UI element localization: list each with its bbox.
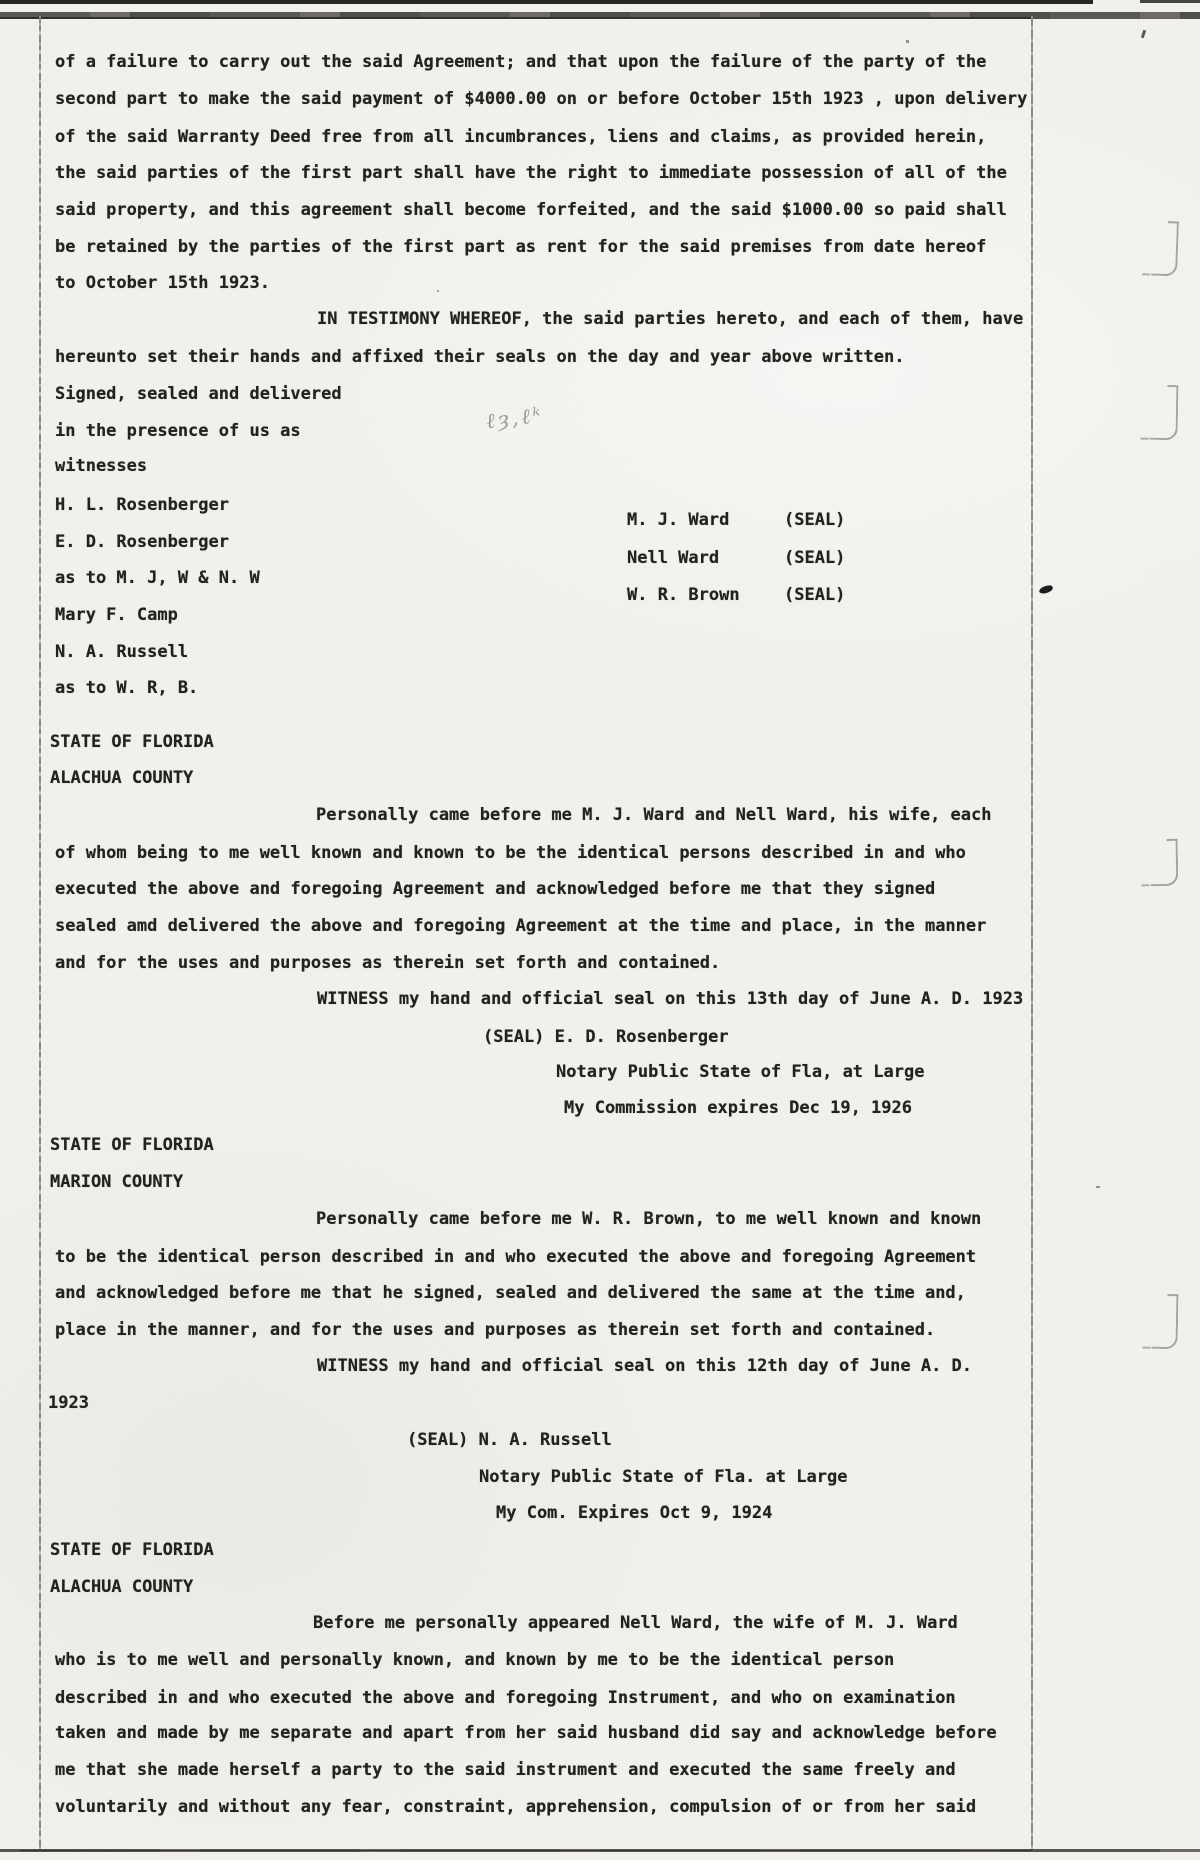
scan-speck — [906, 40, 909, 43]
doc-line: voluntarily and without any fear, constr… — [55, 1795, 976, 1819]
doc-line: STATE OF FLORIDA — [50, 1133, 214, 1157]
doc-line: said property, and this agreement shall … — [55, 198, 1007, 222]
doc-line: Notary Public State of Fla, at Large — [556, 1060, 924, 1084]
doc-line: My Commission expires Dec 19, 1926 — [564, 1096, 912, 1120]
doc-line: me that she made herself a party to the … — [55, 1758, 956, 1782]
doc-line: the said parties of the first part shall… — [55, 161, 1007, 185]
scanned-deed-record-page: { "page": { "kind": "typewritten legal r… — [0, 0, 1200, 1860]
doc-line: STATE OF FLORIDA — [50, 1538, 214, 1562]
doc-line: of whom being to me well known and known… — [55, 841, 966, 865]
doc-line: Nell Ward — [627, 546, 719, 570]
bottom-border-line-shadow — [20, 1850, 1032, 1851]
doc-line: W. R. Brown — [627, 583, 740, 607]
doc-line: E. D. Rosenberger — [55, 530, 229, 554]
doc-line: Before me personally appeared Nell Ward,… — [313, 1611, 958, 1635]
doc-line: Personally came before me W. R. Brown, t… — [316, 1207, 981, 1231]
doc-line: taken and made by me separate and apart … — [55, 1721, 997, 1745]
right-margin-rule — [1031, 16, 1033, 1852]
top-border-line — [0, 0, 1093, 4]
pencil-annotation: ℓȝ,ℓᵏ — [485, 403, 545, 435]
left-margin-rule — [39, 16, 41, 1852]
doc-line: (SEAL) — [784, 583, 845, 607]
doc-line: WITNESS my hand and official seal on thi… — [317, 987, 1023, 1011]
doc-line: STATE OF FLORIDA — [50, 730, 214, 754]
doc-line: WITNESS my hand and official seal on thi… — [317, 1354, 972, 1378]
doc-line: Personally came before me M. J. Ward and… — [316, 803, 992, 827]
doc-line: (SEAL) — [784, 508, 845, 532]
doc-line: MARION COUNTY — [50, 1170, 183, 1194]
doc-line: N. A. Russell — [55, 640, 188, 664]
doc-line: Notary Public State of Fla. at Large — [479, 1465, 847, 1489]
doc-line: M. J. Ward — [627, 508, 729, 532]
doc-line: ALACHUA COUNTY — [50, 1575, 193, 1599]
doc-line: be retained by the parties of the first … — [55, 235, 986, 259]
doc-line: hereunto set their hands and affixed the… — [55, 345, 905, 369]
scan-curl-artifact — [1150, 386, 1179, 440]
doc-line: ALACHUA COUNTY — [50, 766, 193, 790]
doc-line: second part to make the said payment of … — [55, 87, 1027, 111]
scan-curl-artifact — [1152, 1295, 1179, 1349]
scan-speck — [1096, 1186, 1100, 1188]
scan-curl-artifact — [1151, 222, 1179, 277]
doc-line: 1923 — [48, 1391, 89, 1415]
doc-line: executed the above and foregoing Agreeme… — [55, 877, 935, 901]
doc-line: (SEAL) — [784, 546, 845, 570]
scan-speck — [437, 290, 439, 292]
doc-line: as to W. R, B. — [55, 676, 198, 700]
top-ruled-band-shadow — [0, 17, 1032, 19]
top-border-line-fragment — [1140, 0, 1200, 3]
doc-line: IN TESTIMONY WHEREOF, the said parties h… — [317, 307, 1023, 331]
doc-line: My Com. Expires Oct 9, 1924 — [496, 1501, 772, 1525]
doc-line: in the presence of us as — [55, 419, 301, 443]
doc-line: who is to me well and personally known, … — [55, 1648, 894, 1672]
doc-line: of the said Warranty Deed free from all … — [55, 125, 986, 149]
doc-line: of a failure to carry out the said Agree… — [55, 50, 986, 74]
doc-line: Signed, sealed and delivered — [55, 382, 342, 406]
doc-line: (SEAL) E. D. Rosenberger — [483, 1025, 729, 1049]
doc-line: described in and who executed the above … — [55, 1686, 956, 1710]
doc-line: H. L. Rosenberger — [55, 493, 229, 517]
doc-line: Mary F. Camp — [55, 603, 178, 627]
doc-line: and acknowledged before me that he signe… — [55, 1281, 966, 1305]
scan-curl-artifact — [1150, 840, 1179, 886]
doc-line: sealed amd delivered the above and foreg… — [55, 914, 986, 938]
doc-line: and for the uses and purposes as therein… — [55, 951, 720, 975]
doc-line: to October 15th 1923. — [55, 271, 270, 295]
doc-line: place in the manner, and for the uses an… — [55, 1318, 935, 1342]
scan-speck — [1141, 30, 1146, 39]
doc-line: to be the identical person described in … — [55, 1245, 976, 1269]
ink-smudge — [1038, 584, 1053, 594]
doc-line: as to M. J, W & N. W — [55, 566, 260, 590]
doc-line: (SEAL) N. A. Russell — [407, 1428, 612, 1452]
doc-line: witnesses — [55, 454, 147, 478]
